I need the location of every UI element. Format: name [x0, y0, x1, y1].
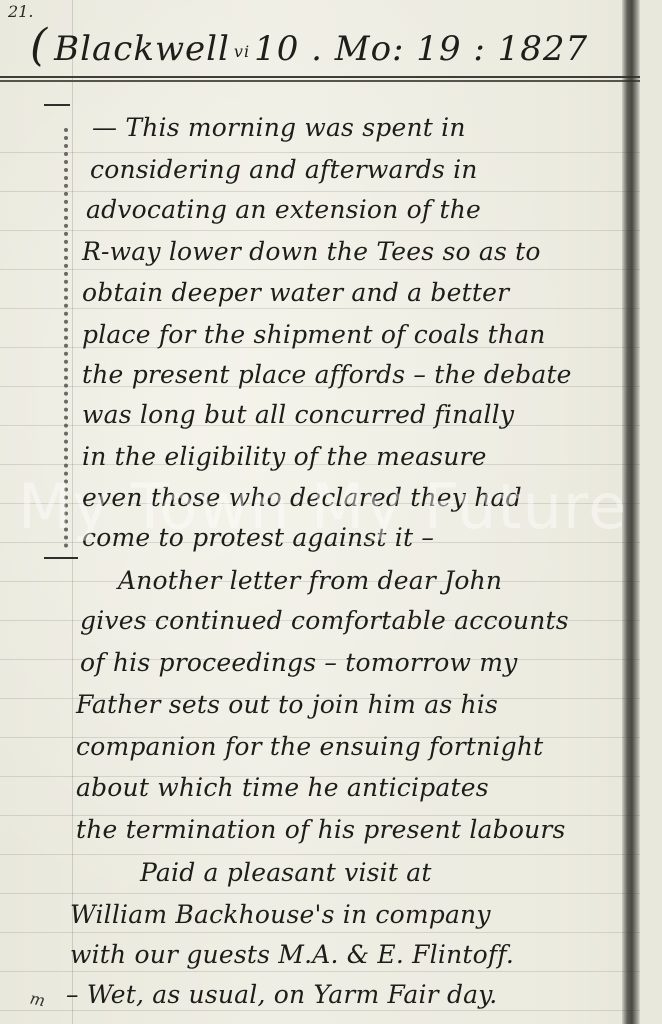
text-line: place for the shipment of coals than: [82, 320, 546, 350]
text-line: considering and afterwards in: [90, 155, 478, 185]
text-line: Paid a pleasant visit at: [140, 858, 432, 888]
text-line: – Wet, as usual, on Yarm Fair day.: [66, 980, 497, 1010]
text-line: was long but all concurred finally: [82, 400, 514, 430]
text-line: of his proceedings – tomorrow my: [80, 648, 517, 678]
text-line: the present place affords – the debate: [82, 360, 572, 390]
text-line: with our guests M.A. & E. Flintoff.: [70, 940, 514, 970]
text-line: Another letter from dear John: [118, 566, 502, 596]
manuscript-page: 21. (Blackwellvi10 . Mo: 19 : 1827 — Thi…: [0, 0, 662, 1024]
text-line: companion for the ensuing fortnight: [76, 732, 543, 762]
text-line: the termination of his present labours: [76, 815, 566, 845]
text-line: — This morning was spent in: [92, 113, 466, 143]
text-line: advocating an extension of the: [86, 195, 481, 225]
text-line: come to protest against it –: [82, 523, 434, 553]
text-line: Father sets out to join him as his: [76, 690, 498, 720]
text-line: even those who declared they had: [82, 483, 522, 513]
text-line: gives continued comfortable accounts: [80, 606, 569, 636]
text-line: obtain deeper water and a better: [82, 278, 509, 308]
entry-body: — This morning was spent in considering …: [0, 0, 662, 1024]
text-line: William Backhouse's in company: [70, 900, 491, 930]
text-line: in the eligibility of the measure: [82, 442, 487, 472]
text-line: R-way lower down the Tees so as to: [82, 237, 541, 267]
text-line: about which time he anticipates: [76, 773, 489, 803]
